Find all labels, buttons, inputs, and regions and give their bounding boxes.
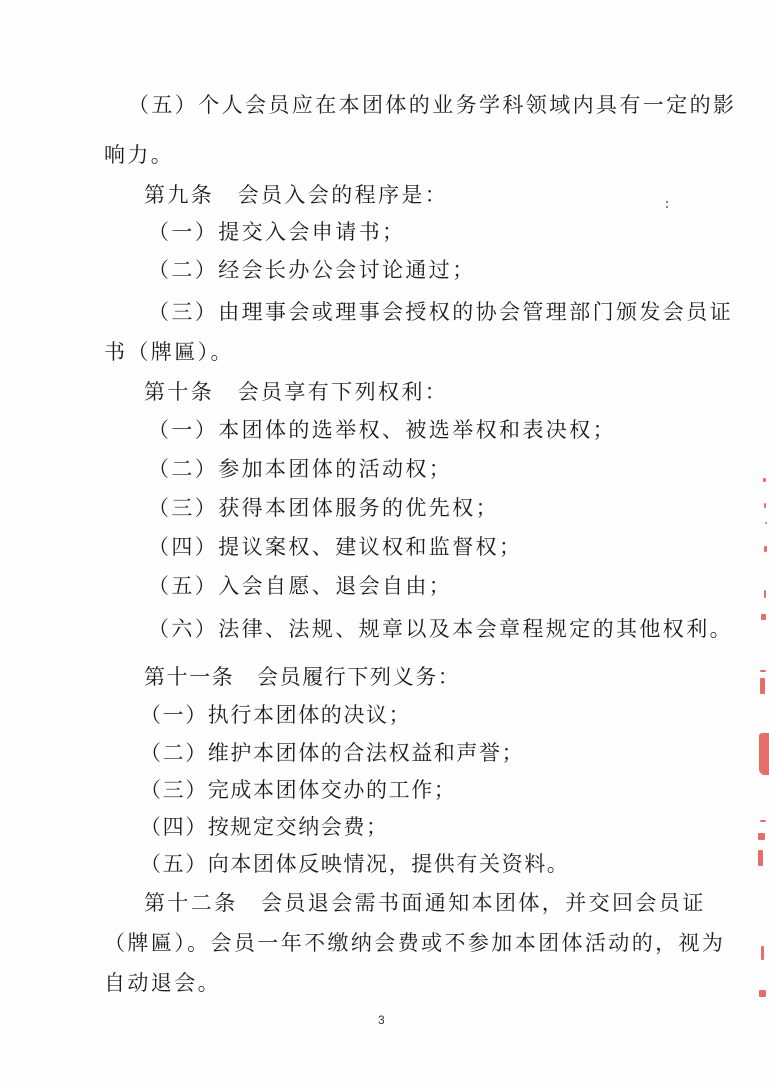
scan-speck <box>666 201 668 203</box>
clause-item-5-influence: （五）个人会员应在本团体的业务学科领域内具有一定的影 <box>128 93 736 117</box>
article-10-item-2: （二）参加本团体的活动权； <box>148 457 452 481</box>
article-9-heading: 第九条 会员入会的程序是： <box>144 183 448 207</box>
article-9-item-3-continuation: 书（牌匾）。 <box>104 340 234 364</box>
article-11-item-4: （四）按规定交纳会费； <box>140 815 389 839</box>
article-10-item-4: （四）提议案权、建议权和监督权； <box>148 535 522 559</box>
article-12-line-3: 自动退会。 <box>104 971 221 995</box>
article-9-item-2: （二）经会长办公会讨论通过； <box>148 258 476 282</box>
article-9-item-1: （一）提交入会申请书； <box>148 220 405 244</box>
scan-speck <box>666 206 668 208</box>
article-11-heading: 第十一条 会员履行下列义务： <box>144 665 460 689</box>
article-12-line-2: （牌匾）。会员一年不缴纳会费或不参加本团体活动的，视为 <box>104 931 725 955</box>
article-11-item-1: （一）执行本团体的决议； <box>140 703 411 727</box>
article-11-item-5: （五）向本团体反映情况，提供有关资料。 <box>140 852 569 876</box>
article-10-item-3: （三）获得本团体服务的优先权； <box>148 496 499 520</box>
article-9-item-3: （三）由理事会或理事会授权的协会管理部门颁发会员证 <box>148 300 733 324</box>
article-10-item-5: （五）入会自愿、退会自由； <box>148 574 452 598</box>
article-10-heading: 第十条 会员享有下列权利： <box>144 380 448 404</box>
article-11-item-2: （二）维护本团体的合法权益和声誉； <box>140 741 524 765</box>
article-11-item-3: （三）完成本团体交办的工作； <box>140 778 456 802</box>
document-page: （五）个人会员应在本团体的业务学科领域内具有一定的影 响力。 第九条 会员入会的… <box>0 0 769 1086</box>
page-number: 3 <box>378 1013 385 1027</box>
article-10-item-1: （一）本团体的选举权、被选举权和表决权； <box>148 418 616 442</box>
article-10-item-6: （六）法律、法规、规章以及本会章程规定的其他权利。 <box>148 617 733 641</box>
article-12-line-1: 第十二条 会员退会需书面通知本团体，并交回会员证 <box>144 891 706 915</box>
clause-item-5-continuation: 响力。 <box>104 143 174 167</box>
